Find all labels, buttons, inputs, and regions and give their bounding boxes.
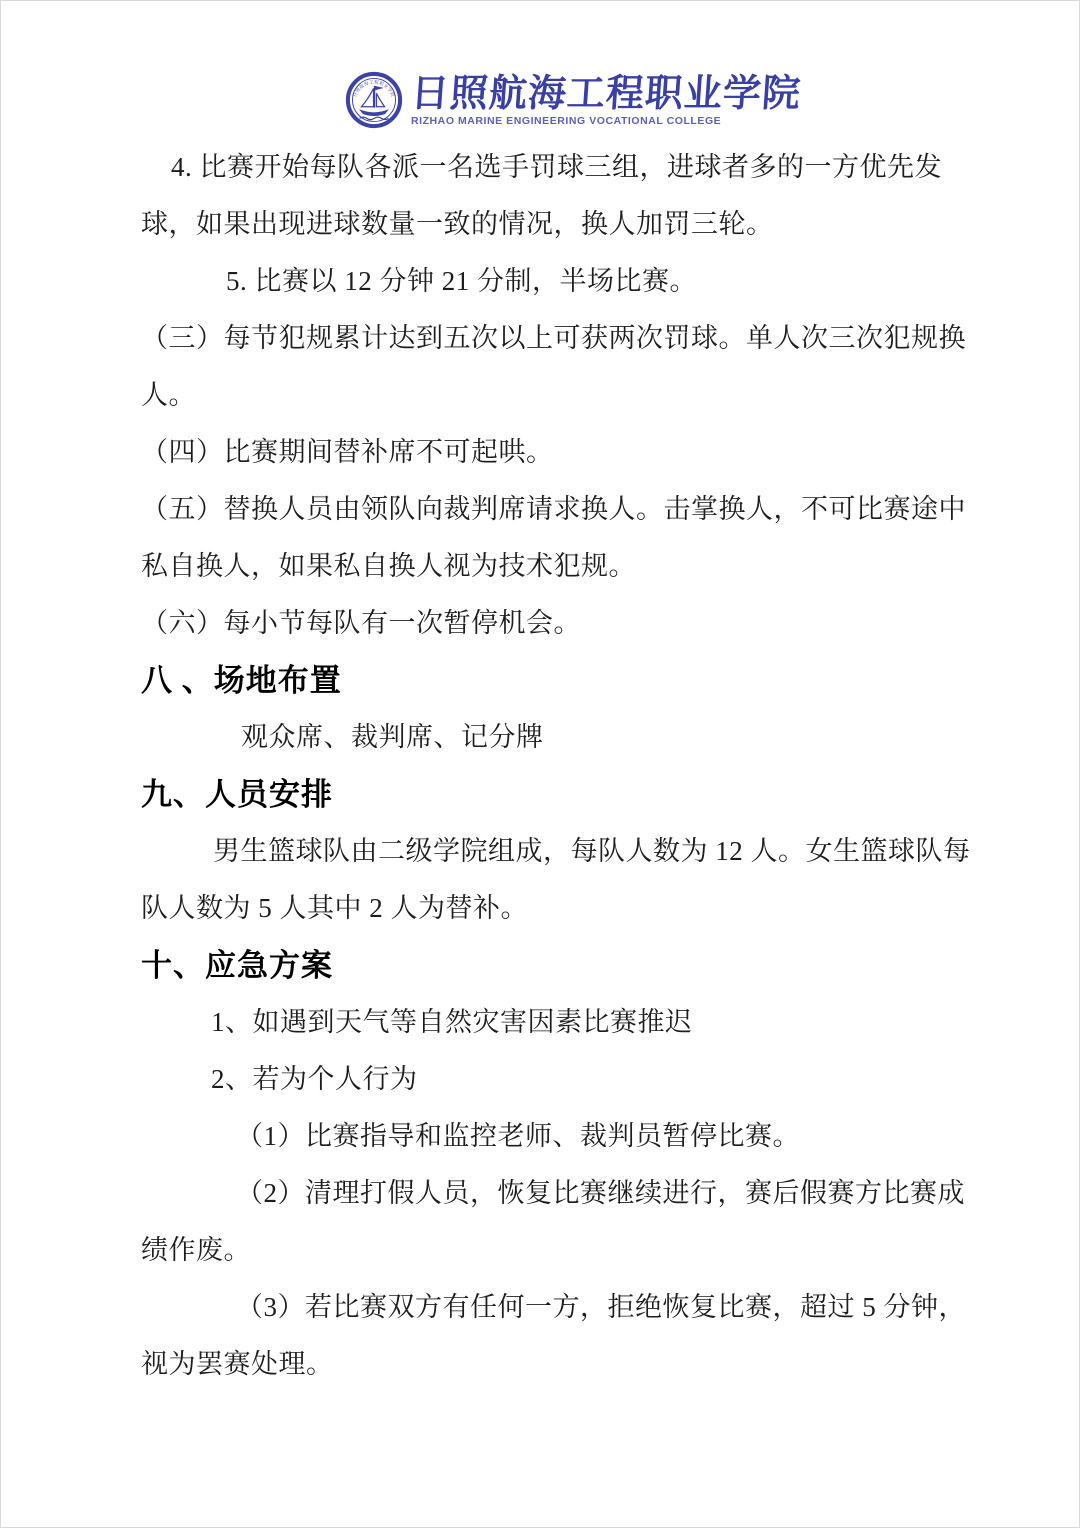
document-line: （四）比赛期间替补席不可起哄。 [141, 424, 926, 481]
document-line: 绩作废。 [141, 1222, 926, 1279]
college-name-block: 日照航海工程职业学院 RIZHAO MARINE ENGINEERING VOC… [411, 74, 801, 127]
document-line: 5. 比赛以 12 分钟 21 分制，半场比赛。 [141, 253, 926, 310]
college-logo: 日照航海工程职业学院 日照航海工程职业学院 RIZHAO MARINE ENGI… [345, 71, 801, 129]
document-line: （五）替换人员由领队向裁判席请求换人。击掌换人，不可比赛途中 [141, 481, 926, 538]
document-line: 2、若为个人行为 [141, 1051, 926, 1108]
college-name-english: RIZHAO MARINE ENGINEERING VOCATIONAL COL… [411, 115, 801, 127]
document-line: （1）比赛指导和监控老师、裁判员暂停比赛。 [141, 1108, 926, 1165]
document-line: （三）每节犯规累计达到五次以上可获两次罚球。单人次三次犯规换 [141, 310, 926, 367]
document-line: 1、如遇到天气等自然灾害因素比赛推迟 [141, 994, 926, 1051]
document-line: （3）若比赛双方有任何一方，拒绝恢复比赛，超过 5 分钟， [141, 1279, 926, 1336]
document-line: 队人数为 5 人其中 2 人为替补。 [141, 880, 926, 937]
document-line: （六）每小节每队有一次暂停机会。 [141, 595, 926, 652]
document-line: 男生篮球队由二级学院组成，每队人数为 12 人。女生篮球队每 [141, 823, 926, 880]
document-line: 人。 [141, 367, 926, 424]
section-heading: 十、应急方案 [141, 937, 926, 994]
document-line: 观众席、裁判席、记分牌 [141, 709, 926, 766]
document-line: 私自换人，如果私自换人视为技术犯规。 [141, 538, 926, 595]
letterhead: 日照航海工程职业学院 日照航海工程职业学院 RIZHAO MARINE ENGI… [1, 71, 1079, 129]
document-line: 球，如果出现进球数量一致的情况，换人加罚三轮。 [141, 196, 926, 253]
document-line: （2）清理打假人员，恢复比赛继续进行，赛后假赛方比赛成 [141, 1165, 926, 1222]
section-heading: 九、人员安排 [141, 766, 926, 823]
document-body: 4. 比赛开始每队各派一名选手罚球三组，进球者多的一方优先发球，如果出现进球数量… [141, 139, 926, 1393]
college-name-chinese: 日照航海工程职业学院 [410, 74, 803, 114]
sailboat-seal-icon: 日照航海工程职业学院 [345, 71, 403, 129]
document-page: 日照航海工程职业学院 日照航海工程职业学院 RIZHAO MARINE ENGI… [0, 0, 1080, 1528]
document-line: 4. 比赛开始每队各派一名选手罚球三组，进球者多的一方优先发 [141, 139, 926, 196]
section-heading: 八 、场地布置 [141, 652, 926, 709]
document-line: 视为罢赛处理。 [141, 1336, 926, 1393]
